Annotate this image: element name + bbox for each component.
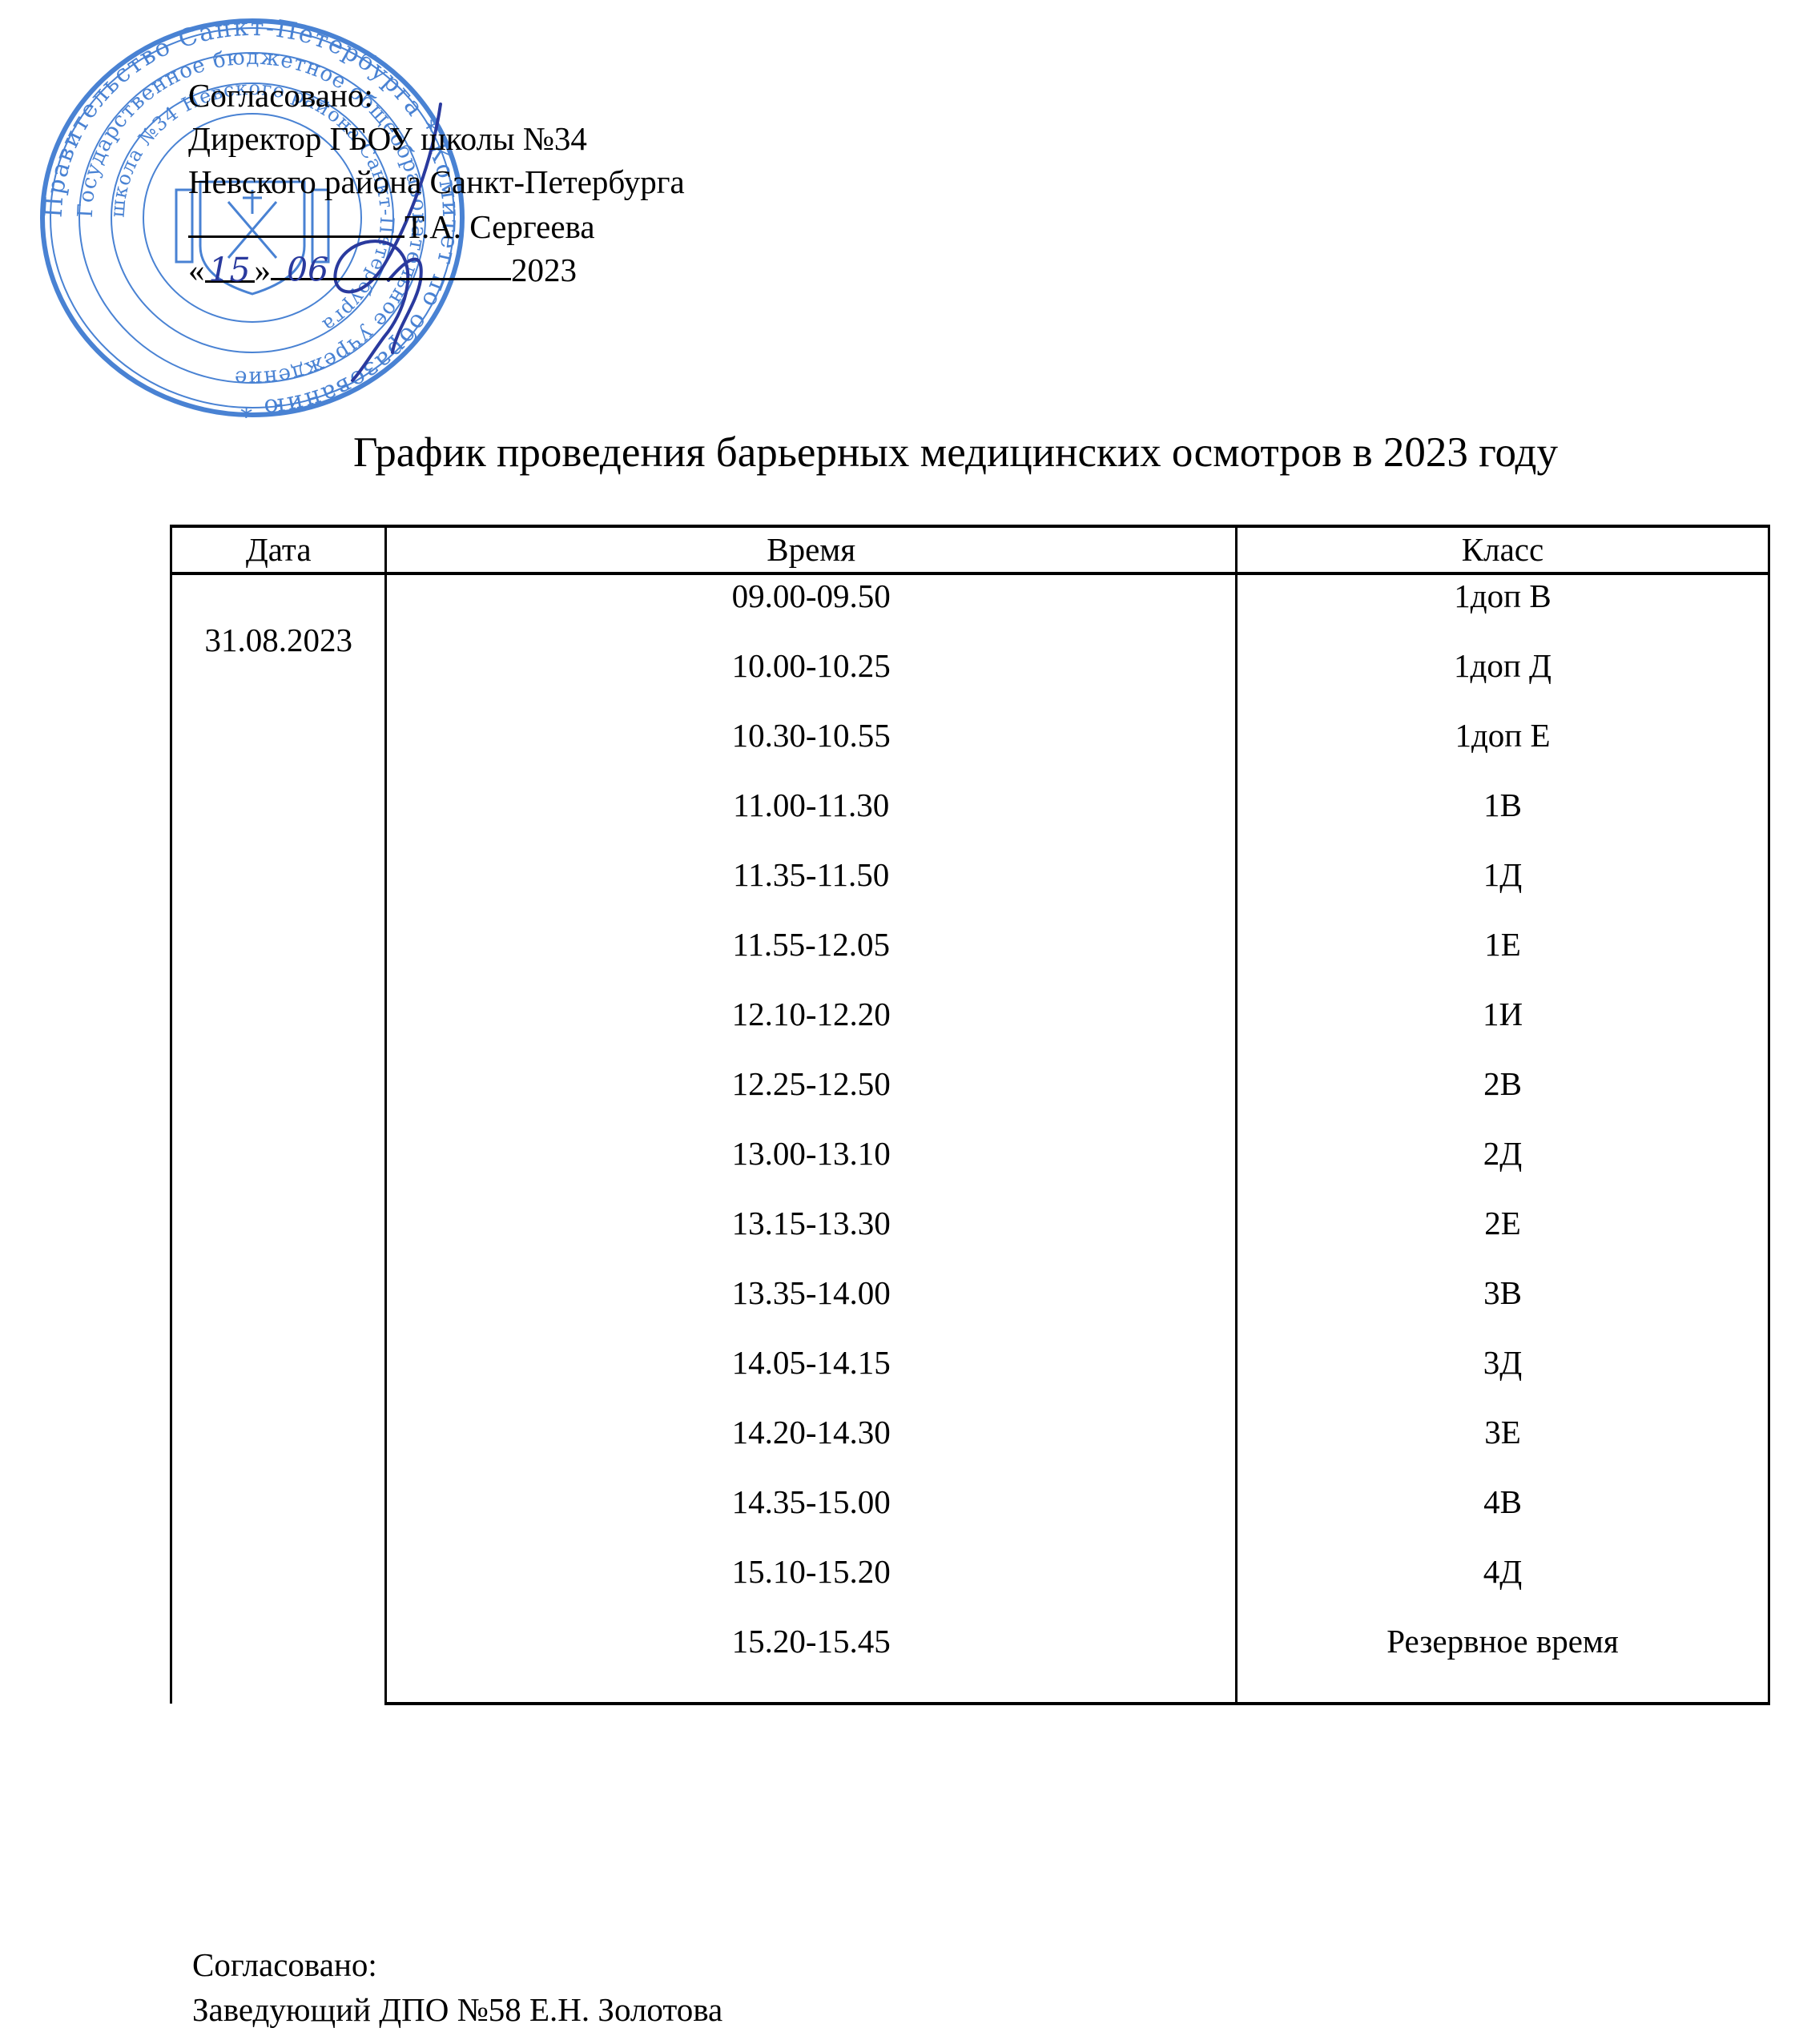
- class-cell: 2Д: [1236, 1133, 1769, 1202]
- table-row: 12.10-12.201И: [171, 993, 1769, 1063]
- approval-label: Согласовано:: [188, 74, 685, 117]
- table-row: 14.05-14.153Д: [171, 1342, 1769, 1411]
- schedule-table: Дата Время Класс 31.08.202309.00-09.501д…: [170, 525, 1770, 1705]
- table-row: 11.35-11.501Д: [171, 854, 1769, 923]
- time-cell: 12.10-12.20: [386, 993, 1237, 1063]
- time-cell: 15.20-15.45: [386, 1620, 1237, 1704]
- class-cell: 1доп Д: [1236, 645, 1769, 714]
- approval-date-year: 2023: [511, 248, 577, 292]
- class-cell: 3Д: [1236, 1342, 1769, 1411]
- table-row: 12.25-12.502В: [171, 1063, 1769, 1133]
- table-row: 11.00-11.301В: [171, 784, 1769, 854]
- approval-position: Директор ГБОУ школы №34: [188, 117, 685, 160]
- footer-label: Согласовано:: [192, 1942, 722, 1987]
- class-cell: 4Д: [1236, 1551, 1769, 1620]
- time-cell: 13.00-13.10: [386, 1133, 1237, 1202]
- table-row: 14.20-14.303Е: [171, 1411, 1769, 1481]
- time-cell: 10.30-10.55: [386, 714, 1237, 784]
- approval-district: Невского района Санкт-Петербурга: [188, 160, 685, 203]
- time-cell: 13.35-14.00: [386, 1272, 1237, 1342]
- date-cell: 31.08.2023: [171, 573, 386, 1704]
- table-row: 10.30-10.551доп Е: [171, 714, 1769, 784]
- time-cell: 14.35-15.00: [386, 1481, 1237, 1551]
- schedule-body: 31.08.202309.00-09.501доп В10.00-10.251д…: [171, 573, 1769, 1704]
- class-cell: 1доп Е: [1236, 714, 1769, 784]
- approval-signatory: Т.А. Сергеева: [404, 205, 595, 248]
- signature-line: Т.А. Сергеева: [188, 203, 685, 248]
- table-row: 31.08.202309.00-09.501доп В: [171, 573, 1769, 645]
- approval-date-day: 15: [205, 248, 255, 283]
- header-class: Класс: [1236, 526, 1769, 573]
- table-row: 13.00-13.102Д: [171, 1133, 1769, 1202]
- time-cell: 13.15-13.30: [386, 1202, 1237, 1272]
- class-cell: Резервное время: [1236, 1620, 1769, 1704]
- time-cell: 14.05-14.15: [386, 1342, 1237, 1411]
- time-cell: 11.55-12.05: [386, 923, 1237, 993]
- table-row: 13.15-13.302Е: [171, 1202, 1769, 1272]
- class-cell: 2В: [1236, 1063, 1769, 1133]
- quote-open: «: [188, 248, 205, 292]
- table-row: 11.55-12.051Е: [171, 923, 1769, 993]
- time-cell: 15.10-15.20: [386, 1551, 1237, 1620]
- time-cell: 11.00-11.30: [386, 784, 1237, 854]
- class-cell: 1доп В: [1236, 573, 1769, 645]
- signature-blank: [188, 203, 404, 238]
- time-cell: 14.20-14.30: [386, 1411, 1237, 1481]
- time-cell: 10.00-10.25: [386, 645, 1237, 714]
- class-cell: 3В: [1236, 1272, 1769, 1342]
- page-title: График проведения барьерных медицинских …: [0, 429, 1799, 477]
- time-cell: 12.25-12.50: [386, 1063, 1237, 1133]
- footer-signatory: Заведующий ДПО №58 Е.Н. Золотова: [192, 1987, 722, 2032]
- table-header-row: Дата Время Класс: [171, 526, 1769, 573]
- approval-block: Согласовано: Директор ГБОУ школы №34 Нев…: [188, 74, 685, 292]
- table-row: 13.35-14.003В: [171, 1272, 1769, 1342]
- table-row: 15.20-15.45Резервное время: [171, 1620, 1769, 1704]
- approval-date-month: 06: [271, 248, 511, 280]
- class-cell: 1В: [1236, 784, 1769, 854]
- header-time: Время: [386, 526, 1237, 573]
- header-date: Дата: [171, 526, 386, 573]
- quote-close: »: [255, 248, 272, 292]
- table-row: 15.10-15.204Д: [171, 1551, 1769, 1620]
- class-cell: 4В: [1236, 1481, 1769, 1551]
- class-cell: 1Д: [1236, 854, 1769, 923]
- class-cell: 1И: [1236, 993, 1769, 1063]
- class-cell: 3Е: [1236, 1411, 1769, 1481]
- approval-date-line: « 15 » 06 2023: [188, 248, 685, 292]
- class-cell: 2Е: [1236, 1202, 1769, 1272]
- table-row: 10.00-10.251доп Д: [171, 645, 1769, 714]
- footer-approval: Согласовано: Заведующий ДПО №58 Е.Н. Зол…: [192, 1942, 722, 2032]
- class-cell: 1Е: [1236, 923, 1769, 993]
- table-row: 14.35-15.004В: [171, 1481, 1769, 1551]
- time-cell: 09.00-09.50: [386, 573, 1237, 645]
- time-cell: 11.35-11.50: [386, 854, 1237, 923]
